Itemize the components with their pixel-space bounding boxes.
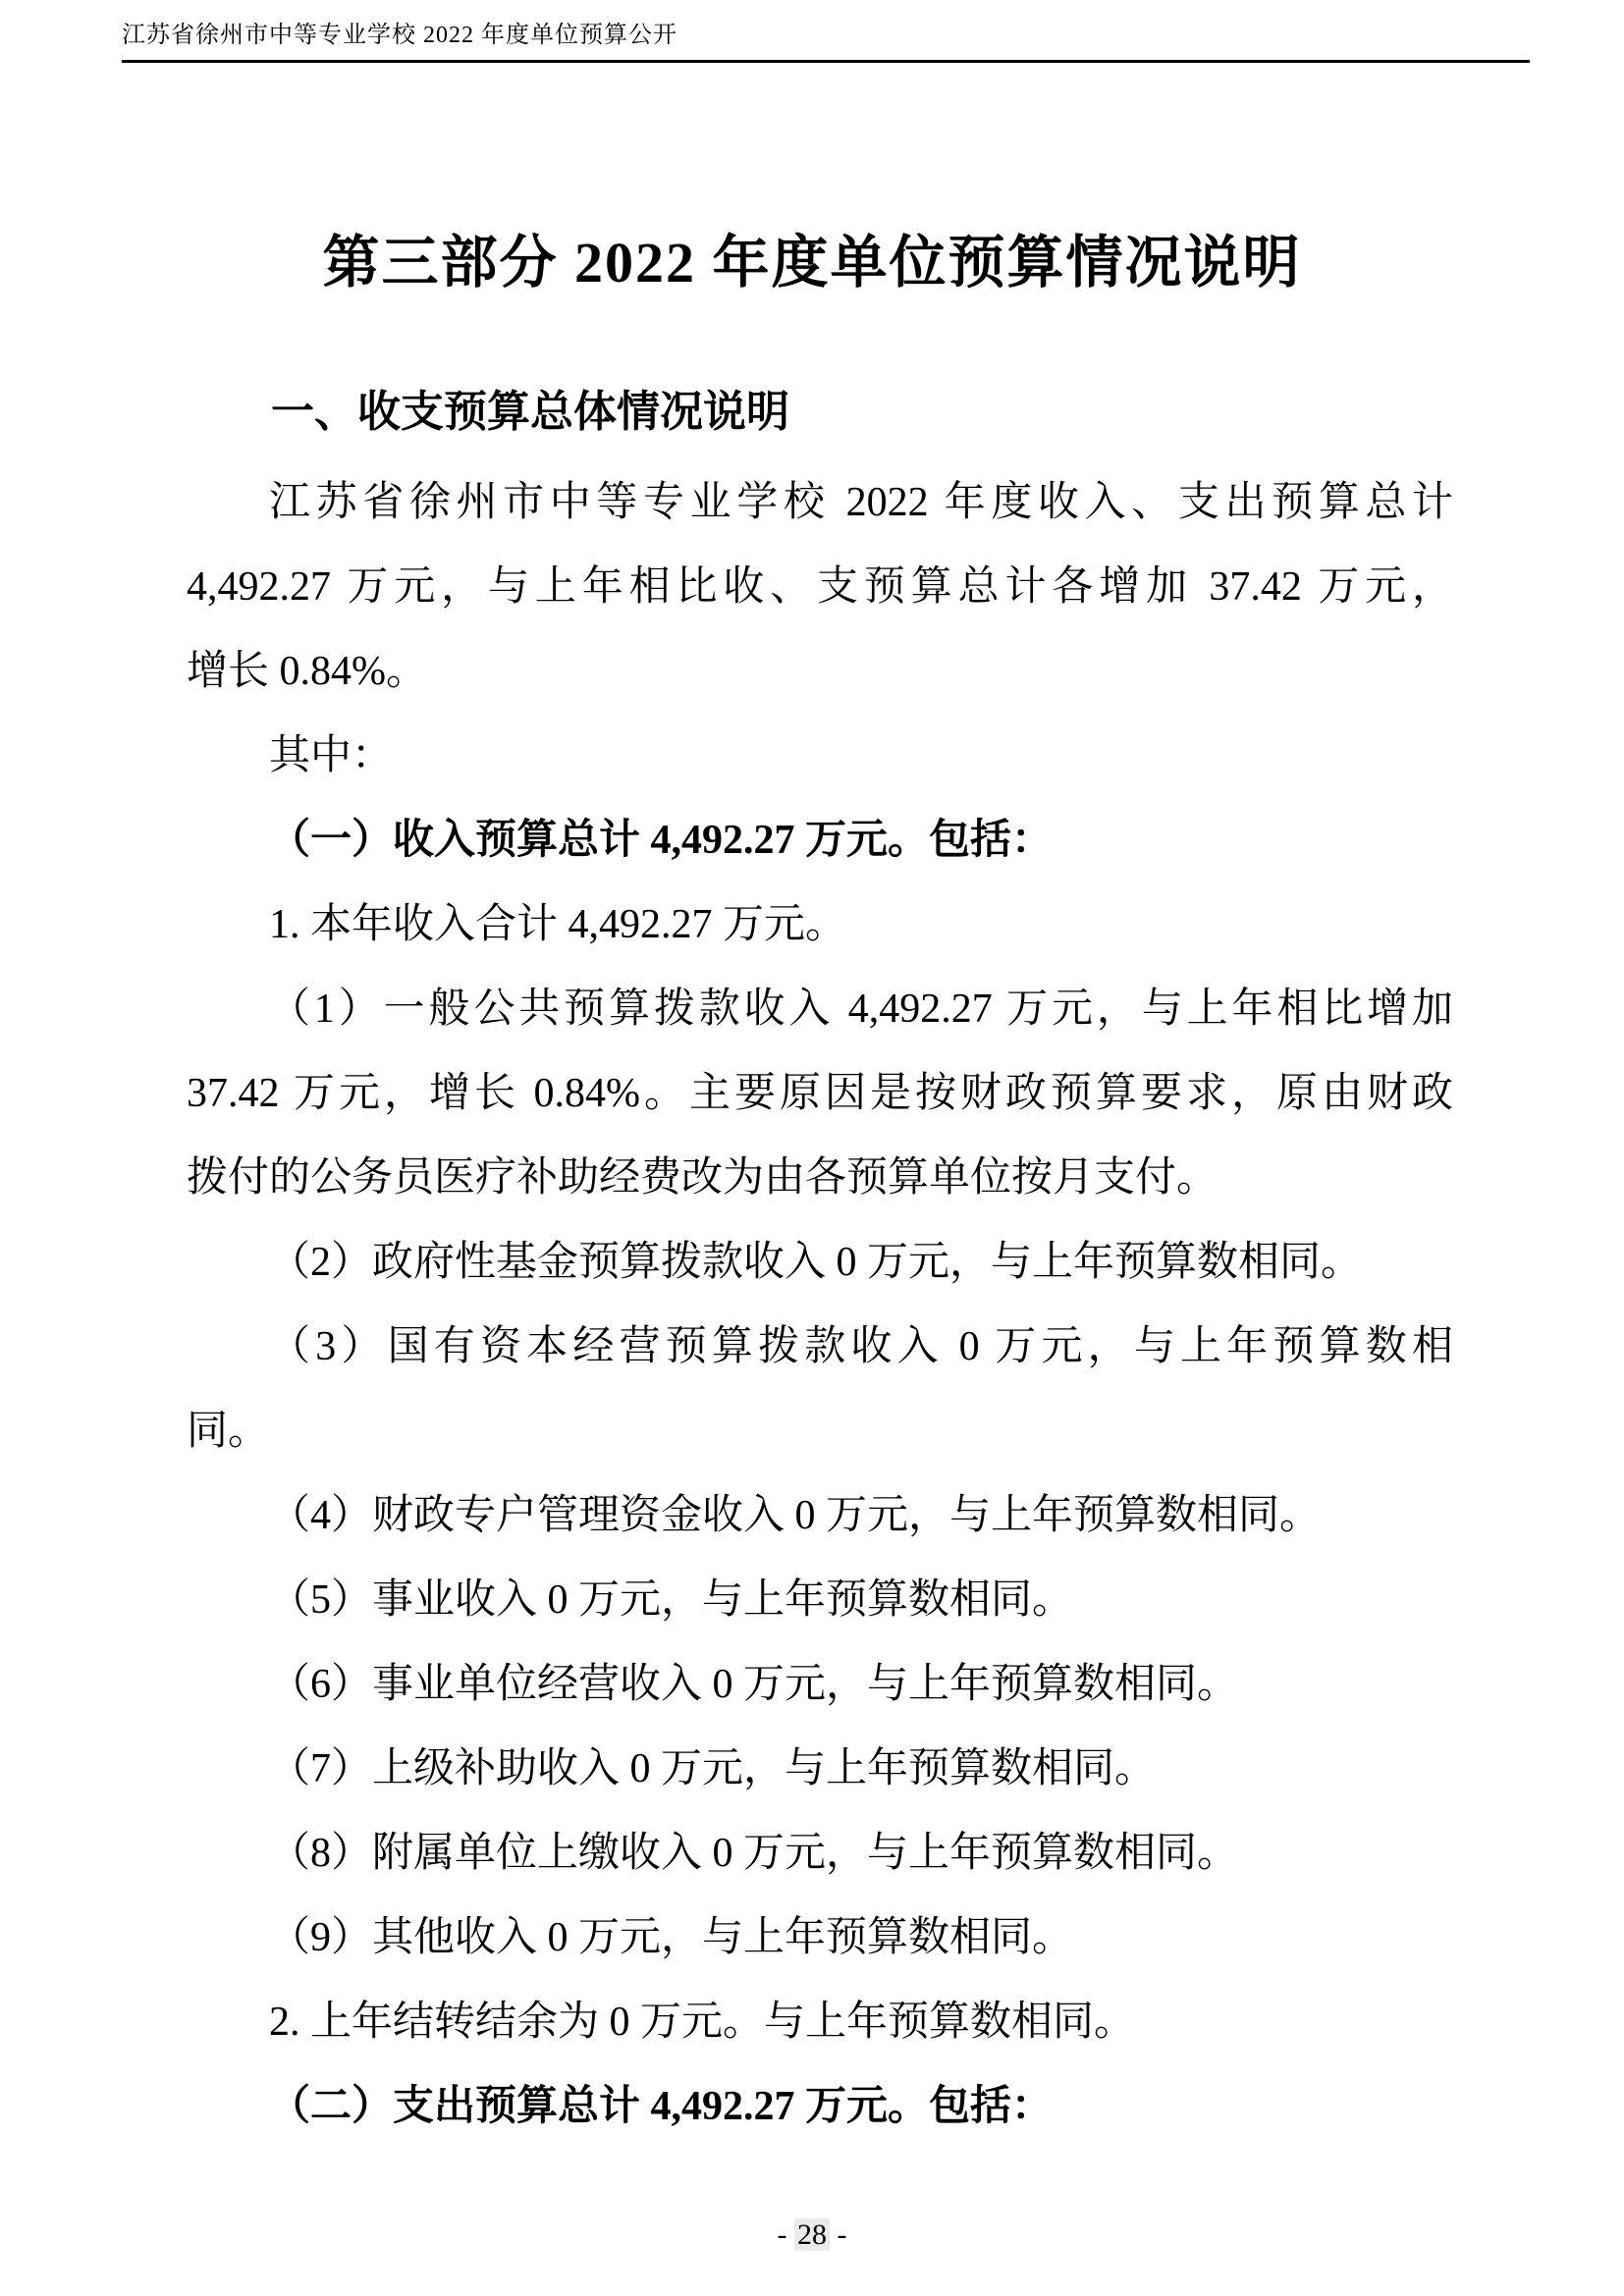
- body-line: （5）事业收入 0 万元，与上年预算数相同。: [187, 1558, 1453, 1642]
- body-line: 2. 上年结转结余为 0 万元。与上年预算数相同。: [187, 1980, 1453, 2064]
- header-text: 江苏省徐州市中等专业学校 2022 年度单位预算公开: [122, 23, 677, 48]
- body-line: 1. 本年收入合计 4,492.27 万元。: [187, 882, 1453, 967]
- section-heading: 一、收支预算总体情况说明: [271, 390, 789, 435]
- body-line: 江苏省徐州市中等专业学校 2022 年度收入、支出预算总计: [187, 460, 1453, 545]
- page-footer: - 28 -: [0, 2217, 1624, 2253]
- body-line: （2）政府性基金预算拨款收入 0 万元，与上年预算数相同。: [187, 1220, 1453, 1305]
- body-line: 37.42 万元，增长 0.84%。主要原因是按财政预算要求，原由财政: [187, 1051, 1453, 1136]
- page-header: 江苏省徐州市中等专业学校 2022 年度单位预算公开: [122, 22, 677, 49]
- body-line: 拨付的公务员医疗补助经费改为由各预算单位按月支付。: [187, 1136, 1453, 1220]
- footer-dash-left: -: [778, 2218, 795, 2251]
- body-line: 4,492.27 万元，与上年相比收、支预算总计各增加 37.42 万元，: [187, 545, 1453, 629]
- body-line: （4）财政专户管理资金收入 0 万元，与上年预算数相同。: [187, 1473, 1453, 1558]
- body-line: 同。: [187, 1389, 1453, 1473]
- body-line: （8）附属单位上缴收入 0 万元，与上年预算数相同。: [187, 1811, 1453, 1896]
- body-line: 其中：: [187, 714, 1453, 798]
- document-title: 第三部分 2022 年度单位预算情况说明: [0, 232, 1624, 294]
- body-line: （一）收入预算总计 4,492.27 万元。包括：: [187, 798, 1453, 882]
- body-line: （1）一般公共预算拨款收入 4,492.27 万元，与上年相比增加: [187, 967, 1453, 1051]
- document-body: 江苏省徐州市中等专业学校 2022 年度收入、支出预算总计4,492.27 万元…: [187, 460, 1453, 2149]
- document-page: 江苏省徐州市中等专业学校 2022 年度单位预算公开 第三部分 2022 年度单…: [0, 0, 1624, 2296]
- body-line: 增长 0.84%。: [187, 629, 1453, 714]
- body-line: （7）上级补助收入 0 万元，与上年预算数相同。: [187, 1727, 1453, 1811]
- header-divider: [122, 60, 1530, 63]
- body-line: （3）国有资本经营预算拨款收入 0 万元，与上年预算数相: [187, 1305, 1453, 1389]
- body-line: （9）其他收入 0 万元，与上年预算数相同。: [187, 1896, 1453, 1980]
- footer-dash-right: -: [830, 2218, 847, 2251]
- body-line: （二）支出预算总计 4,492.27 万元。包括：: [187, 2064, 1453, 2149]
- body-line: （6）事业单位经营收入 0 万元，与上年预算数相同。: [187, 1642, 1453, 1727]
- page-number: 28: [794, 2218, 830, 2251]
